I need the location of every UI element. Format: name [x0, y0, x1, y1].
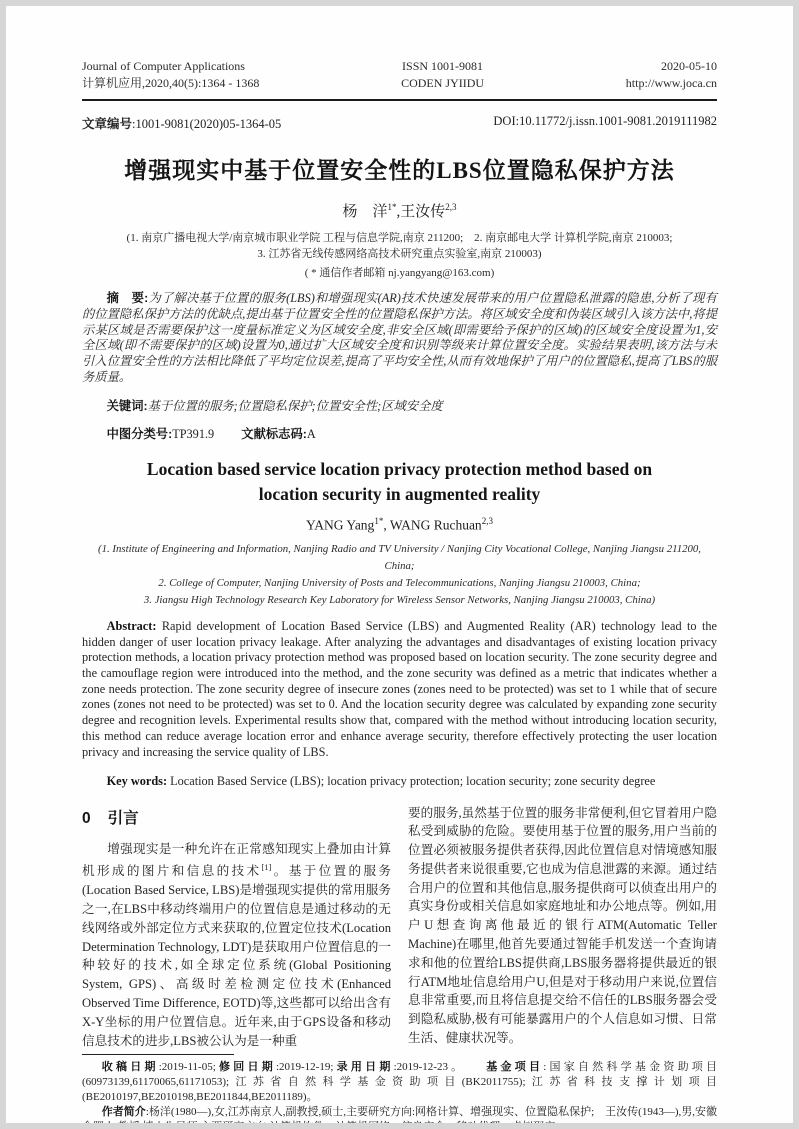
keywords-label-en: Key words: [107, 774, 167, 788]
article-meta-row: 文章编号:1001-9081(2020)05-1364-05 DOI:10.11… [82, 114, 717, 132]
keywords-text-cn: 基于位置的服务;位置隐私保护;位置安全性;区域安全度 [148, 399, 443, 413]
affiliations-en: (1. Institute of Engineering and Informa… [82, 541, 717, 609]
article-title-en: Location based service location privacy … [82, 457, 717, 507]
author-cn-2: 王汝传 [400, 204, 445, 220]
author-cn-2-superscript: 2,3 [445, 202, 456, 212]
intro-left-column: 0引言 增强现实是一种允许在正常感知现实上叠加由计算机形成的图片和信息的技术[1… [82, 804, 391, 1051]
affiliation-cn-line1: (1. 南京广播电视大学/南京城市职业学院 工程与信息学院,南京 211200;… [82, 230, 717, 246]
journal-issn: ISSN 1001-9081 [401, 58, 484, 75]
clc-value: TP391.9 [172, 427, 214, 441]
abstract-text-cn: 为了解决基于位置的服务(LBS)和增强现实(AR)技术快速发展带来的用户位置隐私… [82, 291, 717, 384]
author-bio-label: 作者简介 [102, 1106, 146, 1118]
citation-ref-1: [1] [261, 862, 271, 872]
article-title-en-line2: location security in augmented reality [82, 482, 717, 507]
doi-value: DOI:10.11772/j.issn.1001-9081.2019111982 [493, 114, 717, 132]
author-cn-1-superscript: 1* [388, 202, 397, 212]
footnote-dates-funding: 收稿日期:2019-11-05;修回日期:2019-12-19;录用日期:201… [82, 1060, 717, 1105]
doc-code-label: 文献标志码: [241, 427, 307, 441]
accepted-date: :2019-12-23。 [394, 1061, 466, 1073]
publish-date: 2020-05-10 [626, 58, 717, 75]
author-en-2-superscript: 2,3 [482, 516, 493, 526]
author-bio-text: :杨洋(1980—),女,江苏南京人,副教授,硕士,主要研究方向:网格计算、增强… [82, 1106, 717, 1123]
scanned-page-background: Journal of Computer Applications 计算机应用,2… [0, 0, 799, 1129]
affiliation-en-line1: (1. Institute of Engineering and Informa… [82, 541, 717, 575]
keywords-label-cn: 关键词: [107, 399, 148, 413]
authors-cn: 杨 洋1*,王汝传2,3 [82, 200, 717, 221]
author-en-1: YANG Yang [306, 518, 374, 533]
clc-row: 中图分类号:TP391.9文献标志码:A [82, 426, 717, 442]
section-number: 0 [82, 810, 91, 827]
affiliation-cn-line2: 3. 江苏省无线传感网络高技术研究重点实验室,南京 210003) [82, 246, 717, 262]
section-title: 引言 [108, 810, 139, 827]
journal-name-en: Journal of Computer Applications [82, 58, 259, 75]
received-date-label: 收稿日期 [102, 1061, 159, 1073]
funding-label: 基金项目 [483, 1061, 543, 1073]
authors-en: YANG Yang1*, WANG Ruchuan2,3 [82, 516, 717, 534]
intro-right-column: 要的服务,虽然基于位置的服务非常便利,但它冒着用户隐私受到威胁的危险。要使用基于… [408, 804, 717, 1051]
abstract-text-en: Rapid development of Location Based Serv… [82, 619, 717, 759]
footnote-block: 收稿日期:2019-11-05;修回日期:2019-12-19;录用日期:201… [82, 1054, 717, 1123]
revised-date-label: 修回日期 [216, 1061, 276, 1073]
footnote-divider [82, 1054, 234, 1055]
journal-url: http://www.joca.cn [626, 75, 717, 92]
corresponding-email: ( * 通信作者邮箱 nj.yangyang@163.com) [82, 264, 717, 280]
clc-label: 中图分类号: [107, 427, 173, 441]
intro-text-after-ref: 。基于位置的服务(Location Based Service, LBS)是增强… [82, 864, 391, 1047]
article-number-value: :1001-9081(2020)05-1364-05 [132, 117, 281, 131]
section-heading: 0引言 [82, 806, 391, 828]
header-divider [82, 99, 717, 101]
introduction-columns: 0引言 增强现实是一种允许在正常感知现实上叠加由计算机形成的图片和信息的技术[1… [82, 804, 717, 1051]
article-title-en-line1: Location based service location privacy … [82, 457, 717, 482]
abstract-label-cn: 摘 要: [107, 291, 149, 305]
affiliation-en-line2: 2. College of Computer, Nanjing Universi… [82, 575, 717, 592]
article-number: 文章编号:1001-9081(2020)05-1364-05 [82, 114, 281, 132]
journal-header-right: 2020-05-10 http://www.joca.cn [626, 58, 717, 92]
accepted-date-label: 录用日期 [333, 1061, 393, 1073]
journal-header-center: ISSN 1001-9081 CODEN JYIIDU [401, 58, 484, 92]
keywords-cn: 关键词:基于位置的服务;位置隐私保护;位置安全性;区域安全度 [82, 398, 717, 414]
abstract-en: Abstract: Rapid development of Location … [82, 619, 717, 760]
footnote-author-bio: 作者简介:杨洋(1980—),女,江苏南京人,副教授,硕士,主要研究方向:网格计… [82, 1105, 717, 1123]
author-en-1-superscript: 1* [374, 516, 383, 526]
affiliations-cn: (1. 南京广播电视大学/南京城市职业学院 工程与信息学院,南京 211200;… [82, 230, 717, 262]
doc-code-value: A [307, 427, 316, 441]
keywords-en: Key words: Location Based Service (LBS);… [82, 773, 717, 789]
author-en-2: WANG Ruchuan [390, 518, 482, 533]
abstract-cn: 摘 要:为了解决基于位置的服务(LBS)和增强现实(AR)技术快速发展带来的用户… [82, 291, 717, 386]
abstract-label-en: Abstract: [107, 619, 157, 633]
journal-header: Journal of Computer Applications 计算机应用,2… [82, 58, 717, 92]
journal-header-left: Journal of Computer Applications 计算机应用,2… [82, 58, 259, 92]
paper-page: Journal of Computer Applications 计算机应用,2… [6, 6, 793, 1123]
keywords-text-en: Location Based Service (LBS); location p… [167, 774, 655, 788]
affiliation-en-line3: 3. Jiangsu High Technology Research Key … [82, 592, 717, 609]
article-title-cn: 增强现实中基于位置安全性的LBS位置隐私保护方法 [82, 152, 717, 185]
author-cn-1: 杨 洋 [342, 204, 387, 220]
article-number-label: 文章编号 [82, 117, 132, 131]
revised-date: :2019-12-19; [276, 1061, 333, 1073]
journal-coden: CODEN JYIIDU [401, 75, 484, 92]
received-date: :2019-11-05; [159, 1061, 216, 1073]
intro-paragraph-right: 要的服务,虽然基于位置的服务非常便利,但它冒着用户隐私受到威胁的危险。要使用基于… [408, 804, 717, 1048]
journal-citation-cn: 计算机应用,2020,40(5):1364 - 1368 [82, 75, 259, 92]
intro-paragraph-left: 增强现实是一种允许在正常感知现实上叠加由计算机形成的图片和信息的技术[1]。基于… [82, 840, 391, 1051]
